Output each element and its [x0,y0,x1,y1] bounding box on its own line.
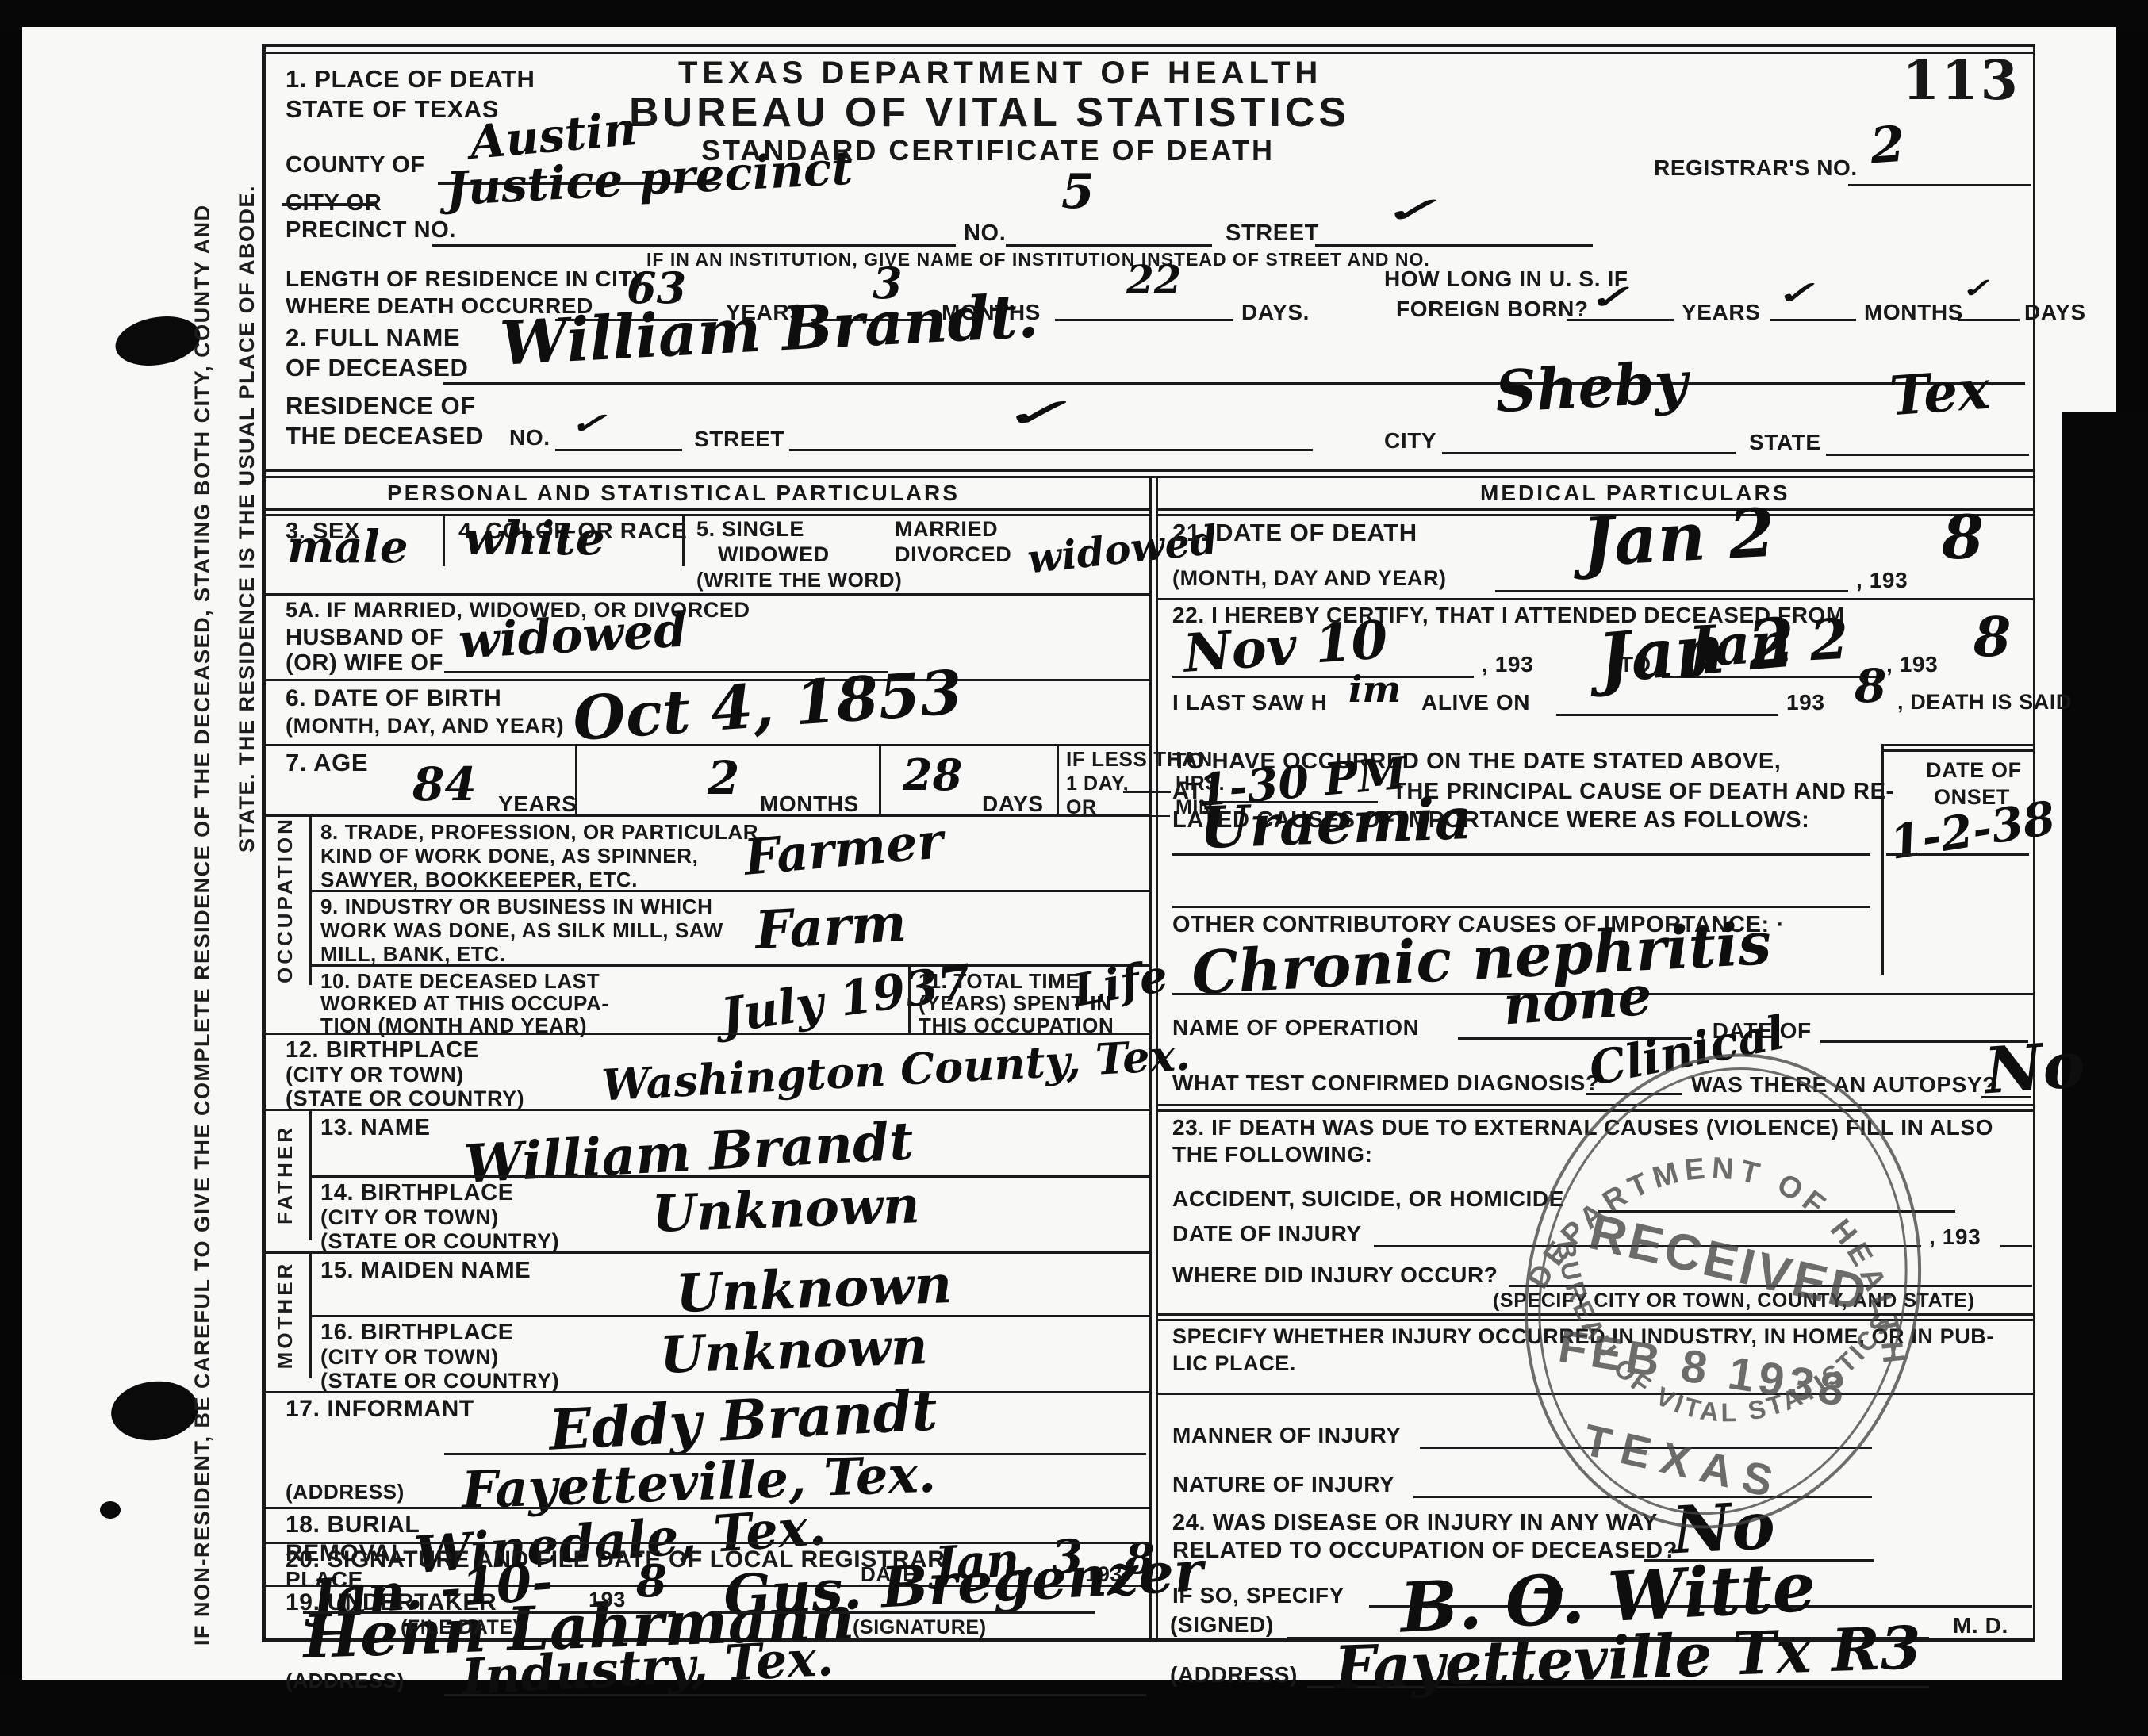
s16-label-1: 16. BIRTHPLACE [320,1321,514,1344]
lastsaw-date-handwriting: Jan 2 [1596,608,1798,693]
s14-label-1: 14. BIRTHPLACE [320,1182,514,1205]
title-dept: TEXAS DEPARTMENT OF HEALTH [678,57,1322,89]
res-street-mark: ✓ [995,395,1073,433]
res-street-label: STREET [694,428,784,450]
personal-heading-rule-1 [262,508,1149,511]
cause-blank-line [1172,906,1870,908]
s21-year-printed: , 193 [1856,569,1908,592]
city-or-strikethrough [282,203,375,206]
s8-rule [309,890,1149,892]
md-label: M. D. [1953,1615,2008,1637]
s16-label-3: (STATE OR COUNTRY) [320,1370,559,1392]
s15-rule [309,1315,1149,1317]
age-rule [262,814,1149,817]
s5-label-widowed: WIDOWED [718,544,830,565]
row3-rule [262,593,1149,596]
lastsaw-label-2: ALIVE ON [1421,692,1530,714]
place-of-death-label: 1. PLACE OF DEATH [286,67,535,91]
s5-label-single: 5. SINGLE [696,519,804,540]
s14-label-2: (CITY OR TOWN) [320,1207,499,1228]
fullname-line [443,382,2025,385]
precinct-no-label: PRECINCT NO. [286,219,456,242]
days-label: DAYS. [1241,301,1310,324]
us-years-line [1567,319,1674,321]
age-divider-1 [575,744,577,814]
s15-label: 15. MAIDEN NAME [320,1259,531,1282]
age-days-label: DAYS [982,793,1044,815]
death-date-handwriting: Jan 2 [1581,500,1777,577]
form-left-border [262,44,266,1642]
no-label: NO. [964,222,1006,245]
s5-label-married: MARRIED [895,519,998,540]
s21-label-2: (MONTH, DAY AND YEAR) [1172,568,1447,589]
sex-handwriting: male [287,525,408,569]
s22-from-year: , 193 [1482,653,1533,676]
us-years-label: YEARS [1682,301,1760,324]
certificate-number: 113 [1902,54,2020,108]
personal-heading-rule-2 [262,514,1149,516]
age-box-border [1057,744,1059,814]
city-handwriting: Sheby [1494,354,1689,421]
s20-signature-line [714,1611,1095,1614]
occupation-group-label: OCCUPATION [273,817,297,983]
s12-label-2: (CITY OR TOWN) [286,1064,464,1086]
registrar-no-label: REGISTRAR'S NO. [1654,157,1858,179]
res-days-line [1055,319,1233,321]
lastsaw-year-written: 8 [1855,663,1886,709]
res-street-line [789,449,1313,451]
street-mark-handwriting: ✓ [1376,194,1442,228]
s14-label-3: (STATE OR COUNTRY) [320,1231,559,1252]
city-line [1442,452,1736,454]
res-no-mark: ✓ [569,409,607,438]
s20-signature-label: (SIGNATURE) [853,1618,987,1638]
nature-label: NATURE OF INJURY [1172,1473,1394,1496]
s16-handwriting: Unknown [659,1321,929,1382]
s5a-label-3: (OR) WIFE OF [286,652,443,675]
margin-note-outer: IF NON-RESIDENT, BE CAREFUL TO GIVE THE … [190,204,215,1646]
s9-rule [309,964,1149,967]
onset-box-top-2 [1881,749,2033,752]
s18-label-1: 18. BURIAL [286,1513,420,1537]
age-label: 7. AGE [286,750,368,775]
manner-label: MANNER OF INJURY [1172,1424,1402,1447]
lastsaw-line [1556,714,1778,716]
header-separator-1 [262,469,2035,472]
residence-label-2: THE DECEASED [286,423,484,448]
s19-address-line [444,1694,1146,1696]
res-no-label: NO. [509,427,550,449]
s21-line [1495,590,1848,592]
s14-handwriting: Unknown [651,1180,921,1240]
s23-label-2: THE FOLLOWING: [1172,1144,1373,1166]
howlong-label-2: FOREIGN BORN? [1396,298,1589,320]
s6-rule [262,744,1149,746]
s5-label-divorced: DIVORCED [895,544,1011,565]
s13-rule [309,1175,1149,1178]
scan-top-band [0,0,2148,27]
us-months-label: MONTHS [1864,301,1963,324]
s20-year-printed: 193 [589,1589,626,1611]
md-address-label: (ADDRESS) [1170,1664,1298,1686]
s17-label: 17. INFORMANT [286,1397,474,1421]
lastsaw-him-handwriting: im [1348,671,1401,707]
s8-label-2: KIND OF WORK DONE, AS SPINNER, [320,845,698,866]
s6-label-2: (MONTH, DAY, AND YEAR) [286,715,564,737]
s13-label: 13. NAME [320,1117,431,1140]
onset-label-1: DATE OF [1926,760,2022,781]
where-label: WHERE DID INJURY OCCUR? [1172,1264,1498,1286]
no-line [1006,244,1212,247]
s17-address-label: (ADDRESS) [286,1481,405,1502]
s20-year-written: 8 [636,1559,667,1604]
state-handwriting: Tex [1888,363,1992,424]
s11-label-1: 11. TOTAL TIME [919,971,1080,991]
res-days-handwriting: 22 [1126,260,1182,300]
age-box-label-2: 1 DAY, [1066,774,1129,794]
personal-heading: PERSONAL AND STATISTICAL PARTICULARS [387,482,960,504]
scanned-death-certificate: IF NON-RESIDENT, BE CAREFUL TO GIVE THE … [0,0,2148,1736]
form-top-border-2 [262,52,2035,54]
onset-box-border [1881,744,1884,975]
us-months-mark: ✓ [1770,278,1820,309]
mother-group-label: MOTHER [273,1256,297,1374]
s5a-label-2: HUSBAND OF [286,627,443,650]
sex-race-divider [443,514,445,566]
form-top-border-1 [262,44,2035,47]
us-days-label: DAYS [2024,301,2086,324]
s10-s11-divider [908,964,911,1033]
s21-label-1: 21. DATE OF DEATH [1172,520,1417,545]
s9-label-3: MILL, BANK, ETC. [320,944,505,964]
onset-line [1886,853,2029,856]
s8-label-1: 8. TRADE, PROFESSION, OR PARTICULAR [320,822,758,842]
lastsaw-year-printed: 193 [1786,692,1825,714]
length-residence-label-1: LENGTH OF RESIDENCE IN CITY [286,268,647,290]
occupation-strip-border [309,817,312,985]
injury-date-label: DATE OF INJURY [1172,1223,1362,1245]
fullname-label-1: 2. FULL NAME [286,325,460,350]
cause-handwriting: Uraemia [1199,790,1473,857]
residence-label-1: RESIDENCE OF [286,393,476,418]
cause-line [1172,853,1870,856]
res-no-line [555,449,682,451]
father-group-label: FATHER [273,1115,297,1234]
precinct-no-handwriting: 5 [1061,168,1095,216]
s19-address-label: (ADDRESS) [286,1670,405,1691]
us-days-line [1958,319,2020,321]
margin-note-inner: STATE. THE RESIDENCE IS THE USUAL PLACE … [235,185,259,853]
s22-from-line [1172,676,1474,678]
us-months-line [1770,319,1856,321]
age-days-handwriting: 28 [903,753,962,796]
specify-label-2: LIC PLACE. [1172,1353,1296,1374]
s20-filedate-line [303,1611,676,1614]
age-months-handwriting: 2 [708,755,739,801]
header-separator-2 [262,476,2035,478]
us-days-mark: ✓ [1957,276,1995,303]
s10-label-2: WORKED AT THIS OCCUPA- [320,993,609,1014]
us-years-mark: ✓ [1582,281,1635,314]
age-hrs-line [1123,791,1171,793]
s22-to-year-printed: , 193 [1886,653,1938,676]
s10-label-1: 10. DATE DECEASED LAST [320,971,600,991]
age-years-handwriting: 84 [412,761,477,807]
street-label: STREET [1226,222,1319,245]
s14-rule [262,1251,1149,1254]
s12-label-3: (STATE OR COUNTRY) [286,1088,524,1109]
s20-filedate-label: (FILE DATE) [401,1618,520,1638]
lastsaw-label-1: I LAST SAW H [1172,692,1327,714]
father-strip-border [309,1109,312,1240]
s12-rule [262,1109,1149,1111]
s22-to-year-written: 8 [1973,611,2011,665]
s10-rule [262,1033,1149,1035]
state-label: STATE [1749,431,1821,454]
s21-year-written: 8 [1942,508,1984,568]
age-years-label: YEARS [498,793,577,815]
title-bureau: BUREAU OF VITAL STATISTICS [629,92,1350,133]
s8-label-3: SAWYER, BOOKKEEPER, ETC. [320,869,638,890]
lastsaw-label-3: , DEATH IS SAID [1897,692,2072,713]
s9-label-1: 9. INDUSTRY OR BUSINESS IN WHICH [320,896,712,917]
county-of-label: COUNTY OF [286,154,425,177]
city-label: CITY [1384,430,1436,452]
age-divider-2 [879,744,881,814]
precinct-line [432,244,956,247]
s17-18-rule [262,1542,1149,1544]
signed-label: (SIGNED) [1170,1614,1274,1636]
s15-handwriting: Unknown [675,1258,953,1320]
onset-box-top-1 [1881,744,2033,746]
race-marital-divider [682,514,685,566]
s5a-handwriting: widowed [458,606,689,665]
race-handwriting: white [464,515,605,561]
street-line [1315,244,1593,247]
s9-handwriting: Farm [754,896,907,956]
operation-label: NAME OF OPERATION [1172,1017,1419,1039]
registrar-no-handwriting: 2 [1869,120,1906,171]
fullname-label-2: OF DECEASED [286,355,469,380]
s6-label-1: 6. DATE OF BIRTH [286,687,501,711]
ink-dot [100,1501,121,1519]
s12-label-1: 12. BIRTHPLACE [286,1039,479,1062]
s16-label-2: (CITY OR TOWN) [320,1347,499,1368]
institution-note: IF IN AN INSTITUTION, GIVE NAME OF INSTI… [646,251,1430,269]
age-months-label: MONTHS [760,793,859,815]
state-line [1826,454,2029,456]
injury-date-year-line [2000,1245,2032,1247]
s9-label-2: WORK WAS DONE, AS SILK MILL, SAW [320,920,723,941]
registrar-no-line [1848,184,2031,186]
s21-rule [1156,598,2033,600]
s5-label-write: (WRITE THE WORD) [696,569,902,590]
